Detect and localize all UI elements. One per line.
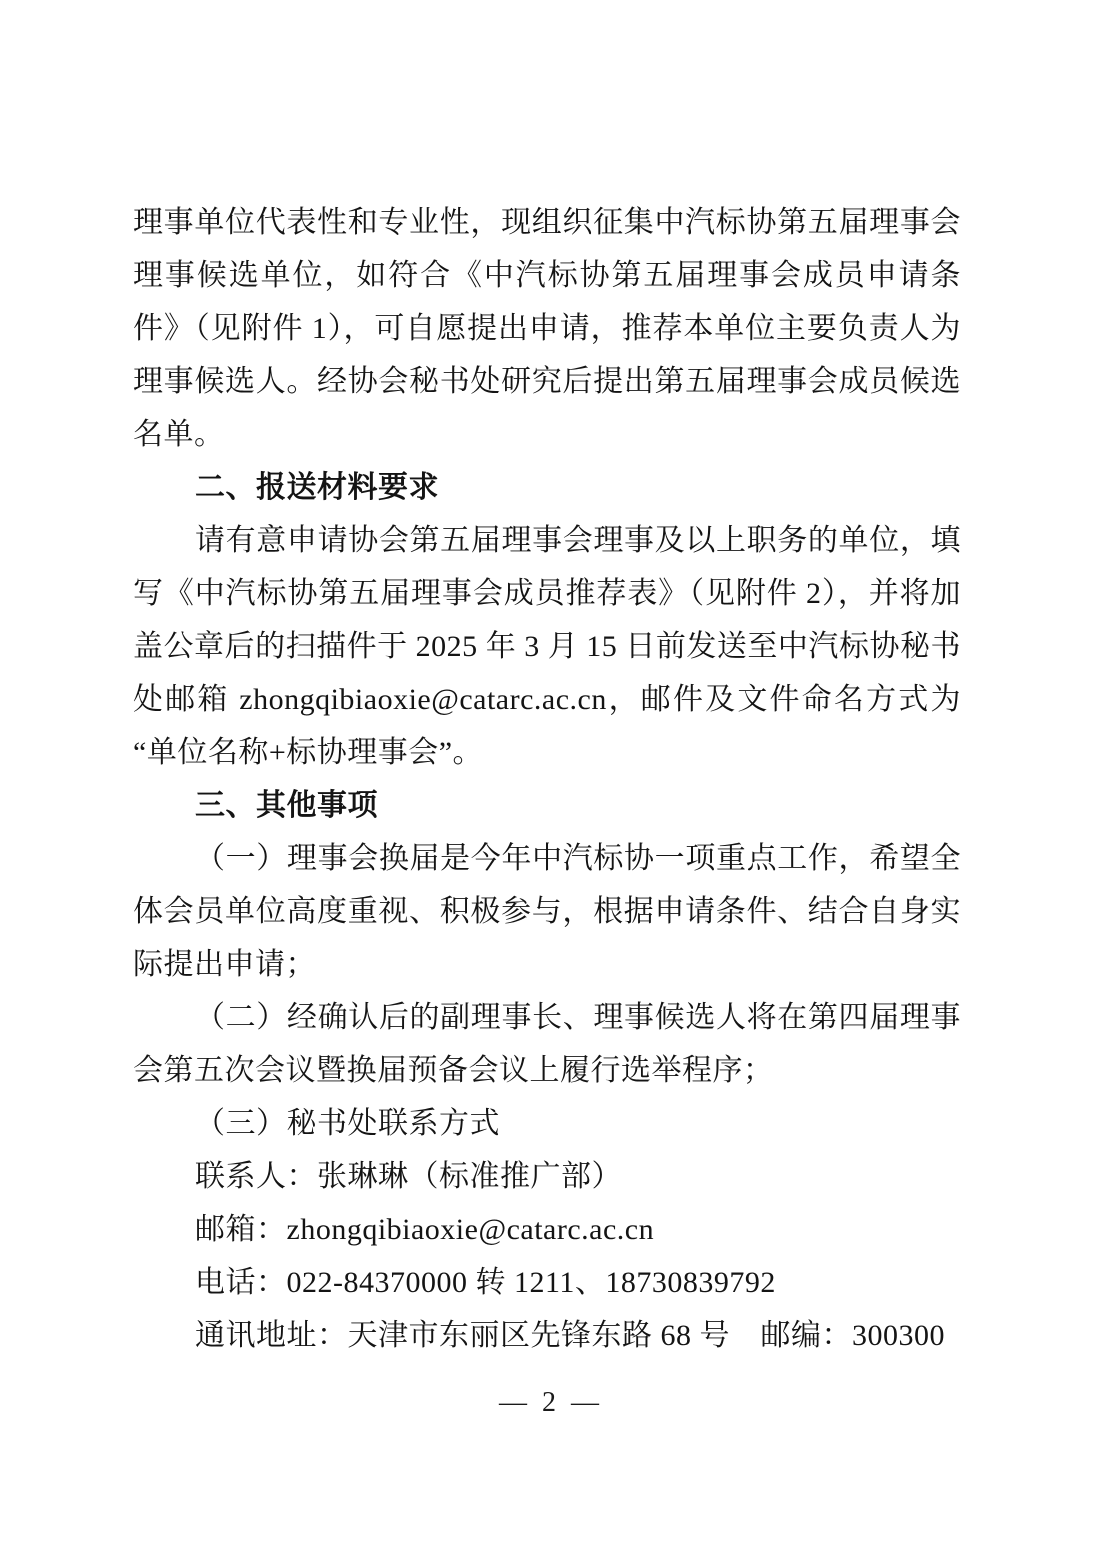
paragraph-item-2: （二）经确认后的副理事长、理事候选人将在第四届理事会第五次会议暨换届预备会议上履… (133, 991, 961, 1097)
page-number-footer: — 2 — (0, 1386, 1102, 1420)
paragraph-item-1: （一）理事会换届是今年中汽标协一项重点工作，希望全体会员单位高度重视、积极参与，… (133, 832, 961, 991)
paragraph-item-3-contact-heading: （三）秘书处联系方式 (133, 1097, 961, 1150)
section-heading-3-other-matters: 三、其他事项 (133, 779, 961, 832)
paragraph-submission-instructions: 请有意申请协会第五届理事会理事及以上职务的单位，填写《中汽标协第五届理事会成员推… (133, 514, 961, 779)
paragraph-continued-from-previous-page: 理事单位代表性和专业性，现组织征集中汽标协第五届理事会理事候选单位，如符合《中汽… (133, 196, 961, 461)
section-heading-2-submission-requirements: 二、报送材料要求 (133, 461, 961, 514)
contact-address-line: 通讯地址：天津市东丽区先锋东路 68 号 邮编：300300 (133, 1309, 961, 1362)
page-content: 理事单位代表性和专业性，现组织征集中汽标协第五届理事会理事候选单位，如符合《中汽… (133, 196, 961, 1362)
contact-email-line: 邮箱：zhongqibiaoxie@catarc.ac.cn (133, 1203, 961, 1256)
contact-person-line: 联系人：张琳琳（标准推广部） (133, 1150, 961, 1203)
document-page: 理事单位代表性和专业性，现组织征集中汽标协第五届理事会理事候选单位，如符合《中汽… (0, 0, 1102, 1559)
contact-phone-line: 电话：022-84370000 转 1211、18730839792 (133, 1256, 961, 1309)
